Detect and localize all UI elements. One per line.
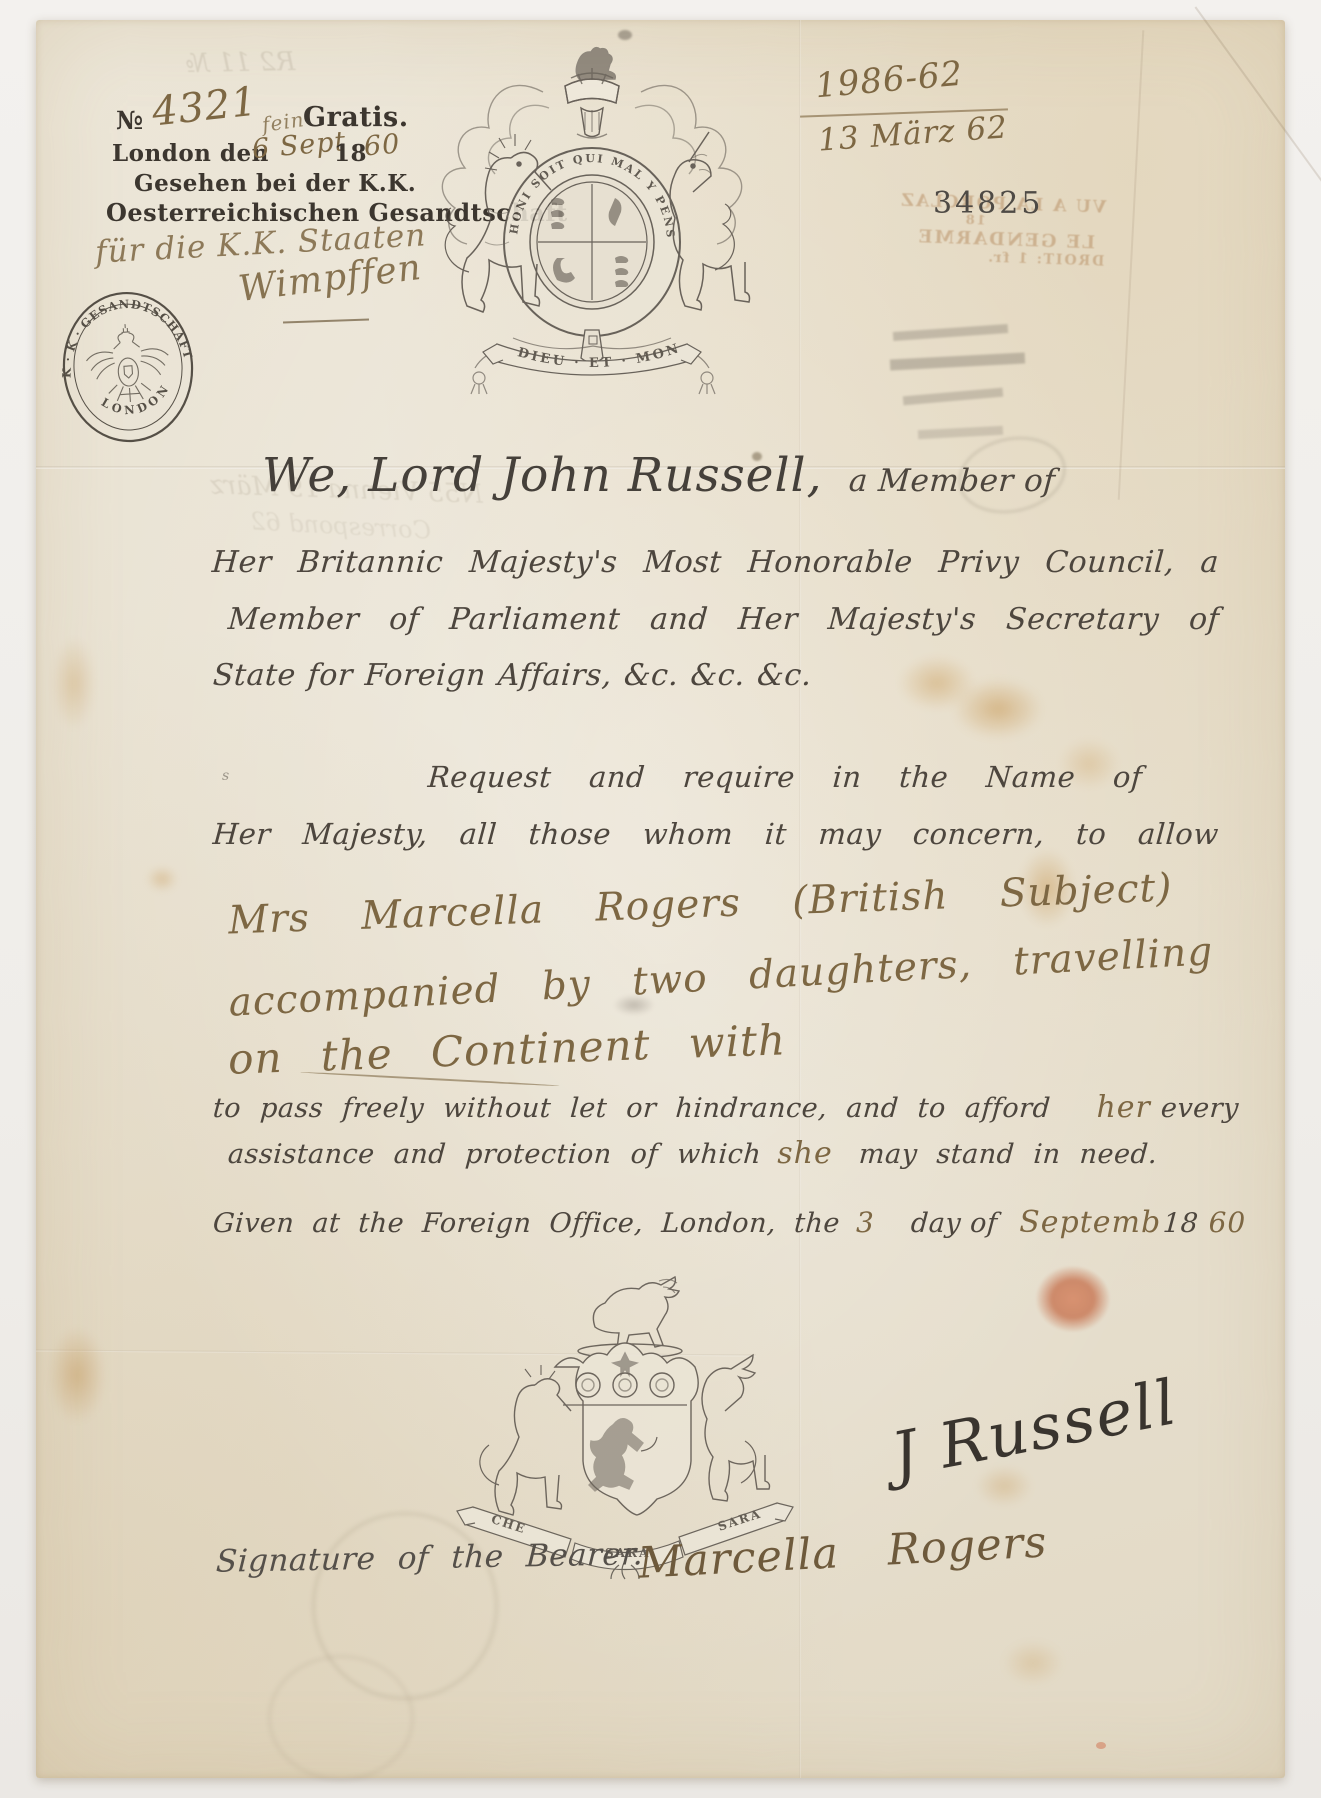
stain	[146, 866, 178, 892]
pass-line1-print-b: every	[1160, 1093, 1240, 1124]
pass-line1-hand: her	[1096, 1090, 1150, 1125]
given-year-hand: 60	[1209, 1206, 1247, 1239]
stain	[1002, 1640, 1064, 1686]
pass-line1: to pass freely without let or hindrance,…	[213, 1090, 1239, 1125]
stain	[952, 678, 1044, 740]
margin-mark: s	[222, 768, 229, 784]
photograph-stage: R2 11 № N55 Vienna 19 März Correspond 62…	[0, 0, 1321, 1798]
stamp-arc-bottom-text: LONDON	[97, 379, 175, 419]
given-line: Given at the Foreign Office, London, the…	[213, 1205, 1246, 1240]
bearer-signature-label: Signature of the Bearer.	[215, 1536, 644, 1580]
red-speck	[1096, 1742, 1106, 1749]
opening-line: We, Lord John Russell, a Member of	[262, 448, 1055, 503]
visa-city-label: London den	[112, 140, 269, 167]
royal-coat-of-arms-image: HONI SOIT QUI MAL Y PENSE	[393, 30, 791, 398]
given-month-hand: Septemb	[1019, 1205, 1161, 1240]
request-line1: Request and require in the Name of	[427, 760, 1144, 794]
body-line4: State for Foreign Affairs, &c. &c. &c.	[212, 658, 813, 693]
given-print-a: Given at the Foreign Office, London, the	[212, 1208, 841, 1239]
opening-rest-text: a Member of	[847, 463, 1056, 499]
stain	[52, 636, 96, 731]
pass-line2-hand: she	[777, 1136, 832, 1171]
ghost-round-stamp	[268, 1655, 414, 1781]
pass-line1-print-a: to pass freely without let or hindrance,…	[212, 1093, 1052, 1124]
visa-century: 18	[334, 140, 367, 167]
svg-text:LONDON: LONDON	[97, 379, 175, 419]
request-line2: Her Majesty, all those whom it may conce…	[212, 817, 1220, 851]
red-wax-stain	[1036, 1266, 1110, 1332]
stain	[48, 1326, 106, 1424]
body-line3: Member of Parliament and Her Majesty's S…	[227, 602, 1221, 637]
given-day-hand: 3	[856, 1206, 875, 1239]
opening-large-text: We, Lord John Russell,	[262, 448, 823, 503]
visa-seen-line: Gesehen bei der K.K.	[134, 170, 416, 197]
serial-number: 34825	[933, 186, 1043, 221]
pass-line2-print-a: assistance and protection of which	[227, 1139, 762, 1170]
unicorn-supporter-icon	[670, 132, 750, 310]
body-line2: Her Britannic Majesty's Most Honorable P…	[211, 545, 1220, 580]
visa-no-label: №	[116, 106, 144, 135]
given-print-b: day of	[910, 1208, 999, 1239]
austrian-legation-stamp: K · K · GESANDTSCHAFT LONDON	[51, 281, 207, 453]
pass-line2-print-b: may stand in need.	[858, 1139, 1159, 1170]
pass-line2: assistance and protection of which she m…	[228, 1136, 1157, 1171]
bleedthrough-script: R2 11 №	[185, 47, 296, 79]
given-print-c: 18	[1162, 1208, 1200, 1239]
